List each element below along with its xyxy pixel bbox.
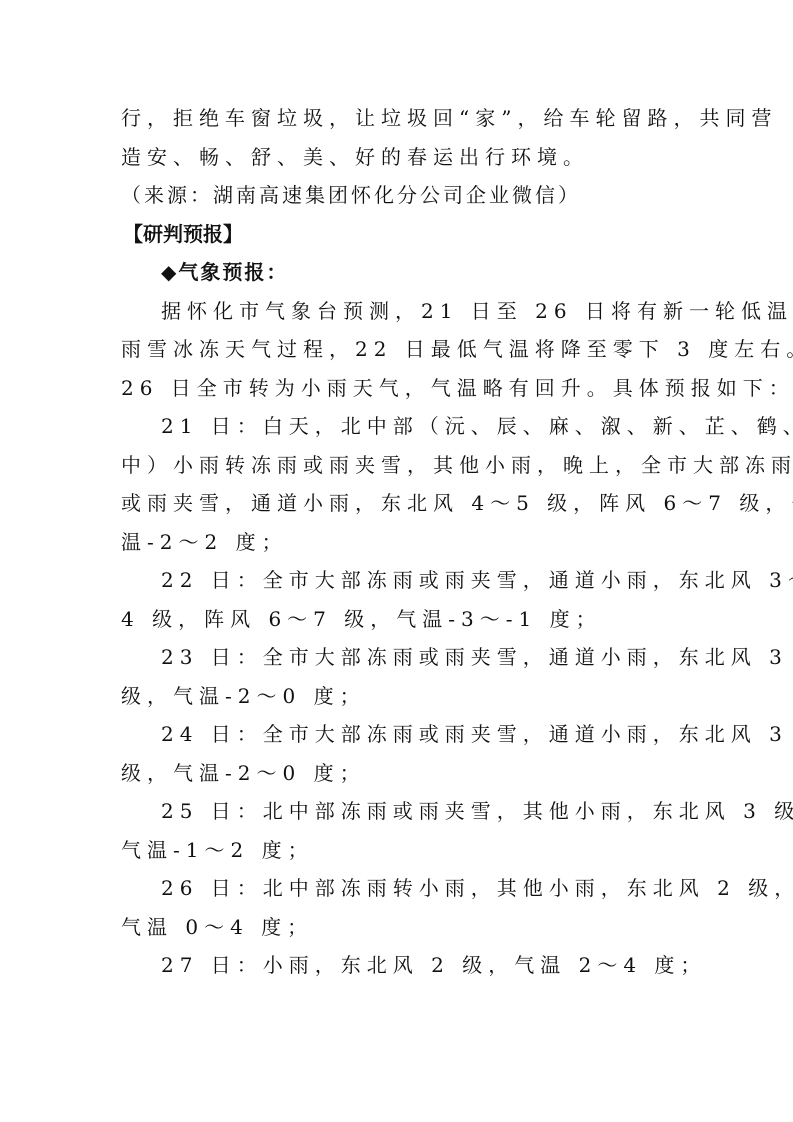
text-line: 据怀化市气象台预测，21 日至 26 日将有新一轮低温 — [121, 292, 673, 331]
text-line: 造安、畅、舒、美、好的春运出行环境。 — [121, 138, 673, 177]
text-line: 21 日：白天，北中部（沅、辰、麻、溆、新、芷、鹤、 — [121, 407, 673, 446]
forecast-day-23: 23 日：全市大部冻雨或雨夹雪，通道小雨，东北风 3 级，气温-2～0 度； — [121, 638, 673, 715]
text-line: 行，拒绝车窗垃圾，让垃圾回“家”，给车轮留路，共同营 — [121, 99, 673, 138]
text-line: 或雨夹雪，通道小雨，东北风 4～5 级，阵风 6～7 级，气 — [121, 484, 673, 523]
text-line: 气温 0～4 度； — [121, 908, 673, 947]
text-line: 26 日全市转为小雨天气，气温略有回升。具体预报如下： — [121, 369, 673, 408]
forecast-day-22: 22 日：全市大部冻雨或雨夹雪，通道小雨，东北风 3～ 4 级，阵风 6～7 级… — [121, 561, 673, 638]
text-line: 4 级，阵风 6～7 级，气温-3～-1 度； — [121, 600, 673, 639]
text-line: 温-2～2 度； — [121, 523, 673, 562]
forecast-day-25: 25 日：北中部冻雨或雨夹雪，其他小雨，东北风 3 级， 气温-1～2 度； — [121, 792, 673, 869]
text-line: 中）小雨转冻雨或雨夹雪，其他小雨，晚上，全市大部冻雨 — [121, 446, 673, 485]
section-heading: 【研判预报】 — [123, 215, 673, 254]
summary-paragraph: 据怀化市气象台预测，21 日至 26 日将有新一轮低温 雨雪冰冻天气过程，22 … — [121, 292, 673, 408]
text-line: 23 日：全市大部冻雨或雨夹雪，通道小雨，东北风 3 — [121, 638, 673, 677]
forecast-day-24: 24 日：全市大部冻雨或雨夹雪，通道小雨，东北风 3 级，气温-2～0 度； — [121, 715, 673, 792]
text-line: 26 日：北中部冻雨转小雨，其他小雨，东北风 2 级， — [121, 869, 673, 908]
text-line: 级，气温-2～0 度； — [121, 677, 673, 716]
text-line: 25 日：北中部冻雨或雨夹雪，其他小雨，东北风 3 级， — [121, 792, 673, 831]
forecast-day-27: 27 日：小雨，东北风 2 级，气温 2～4 度； — [121, 946, 673, 985]
subsection-heading: ◆气象预报： — [121, 253, 673, 292]
text-line: 22 日：全市大部冻雨或雨夹雪，通道小雨，东北风 3～ — [121, 561, 673, 600]
text-line: 气温-1～2 度； — [121, 831, 673, 870]
text-line: 24 日：全市大部冻雨或雨夹雪，通道小雨，东北风 3 — [121, 715, 673, 754]
intro-paragraph: 行，拒绝车窗垃圾，让垃圾回“家”，给车轮留路，共同营 造安、畅、舒、美、好的春运… — [121, 99, 673, 176]
forecast-day-21: 21 日：白天，北中部（沅、辰、麻、溆、新、芷、鹤、 中）小雨转冻雨或雨夹雪，其… — [121, 407, 673, 561]
text-line: 级，气温-2～0 度； — [121, 754, 673, 793]
source-attribution: （来源：湖南高速集团怀化分公司企业微信） — [121, 176, 673, 215]
forecast-day-26: 26 日：北中部冻雨转小雨，其他小雨，东北风 2 级， 气温 0～4 度； — [121, 869, 673, 946]
document-page: 行，拒绝车窗垃圾，让垃圾回“家”，给车轮留路，共同营 造安、畅、舒、美、好的春运… — [121, 99, 673, 985]
text-line: 27 日：小雨，东北风 2 级，气温 2～4 度； — [121, 946, 673, 985]
text-line: 雨雪冰冻天气过程，22 日最低气温将降至零下 3 度左右。 — [121, 330, 673, 369]
